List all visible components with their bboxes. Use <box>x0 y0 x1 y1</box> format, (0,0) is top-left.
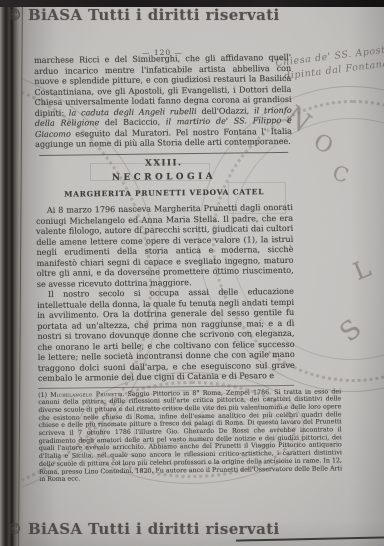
footnote-text: . Saggio Pittorico in 8° Roma, Zempel 17… <box>38 388 342 483</box>
footnote: (1) Michelangelo Prunetti. Saggio Pittor… <box>38 388 342 484</box>
section-heading: NECROLOGIA <box>35 171 292 185</box>
footnote-author: Michelangelo Prunetti <box>50 390 122 398</box>
section-divider <box>39 151 288 155</box>
stamp-letter-c: C <box>330 160 352 188</box>
book-gutter-crease <box>18 0 23 546</box>
scanned-page: N O C L S © BiASA Tutti i diritti riserv… <box>0 0 384 546</box>
section-subheading: MARGHERITA PRUNETTI VEDOVA CATEL <box>36 186 293 200</box>
section-number: XXIII. <box>35 156 292 170</box>
body-paragraph-2: Ai 8 marzo 1796 nasceva Margherita Prune… <box>36 202 294 289</box>
paragraph-segment: eseguito dal Muratori. Pel nostro Fontan… <box>35 125 292 149</box>
stamp-letter-s: S <box>334 314 367 348</box>
stamp-letter-o: O <box>309 129 336 159</box>
watermark-bottom: © BiASA Tutti i diritti riservati <box>7 520 280 538</box>
footnote-label: (1) <box>38 391 50 398</box>
text-column: marchese Ricci e del Simiberghi, che gli… <box>34 52 296 484</box>
paragraph-segment: dell'Odazzi, <box>197 105 254 116</box>
continuation-paragraph: marchese Ricci e del Simiberghi, che gli… <box>34 52 292 150</box>
watermark-top: © BiASA Tutti i diritti riservati <box>7 6 280 24</box>
body-paragraph-3: Il nostro secolo si occupa assai delle e… <box>37 286 295 384</box>
paragraph-segment: del Baciccio, <box>99 116 166 127</box>
book-gutter <box>0 0 30 546</box>
stamp-letter-l: L <box>349 254 374 286</box>
